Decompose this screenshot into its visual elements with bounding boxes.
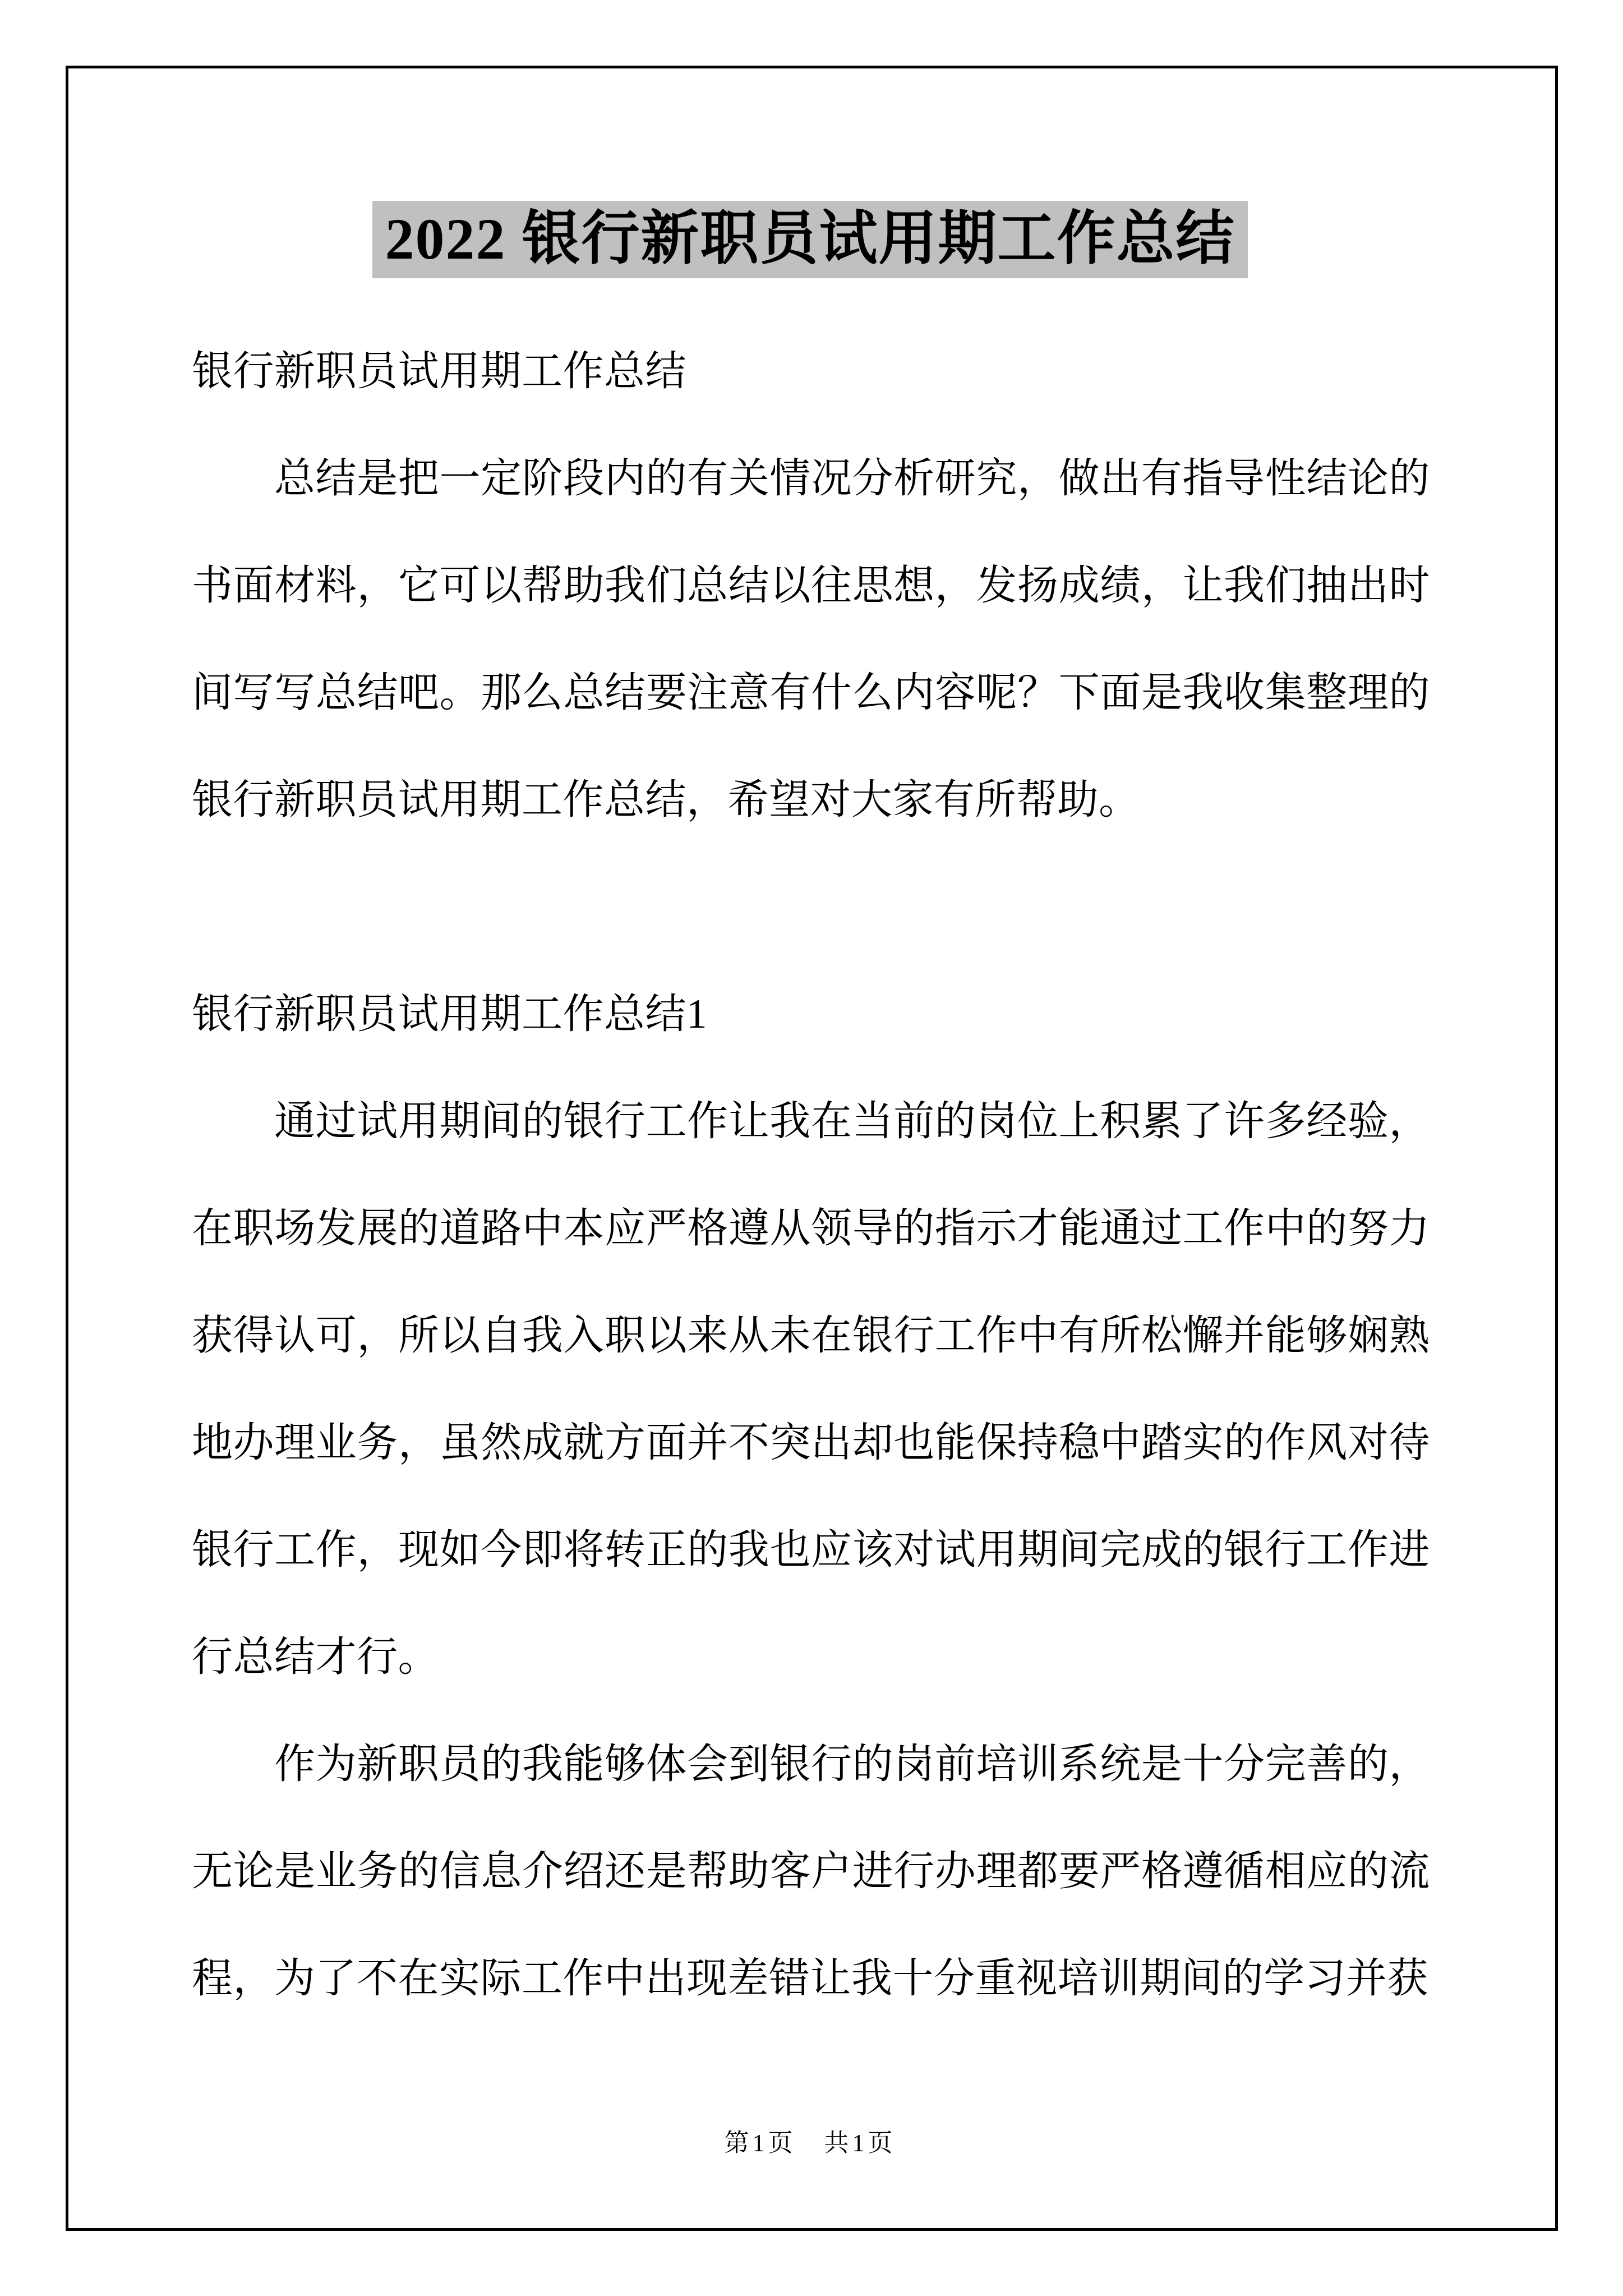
heading-line-2: 银行新职员试用期工作总结1 <box>192 960 1430 1068</box>
blank-line <box>192 853 1430 960</box>
paragraph-intro: 总结是把一定阶段内的有关情况分析研究，做出有指导性结论的书面材料，它可以帮助我们… <box>192 425 1430 853</box>
document-page: 2022 银行新职员试用期工作总结 银行新职员试用期工作总结 总结是把一定阶段内… <box>0 0 1623 2296</box>
document-body: 银行新职员试用期工作总结 总结是把一定阶段内的有关情况分析研究，做出有指导性结论… <box>192 318 1430 2032</box>
page-footer: 第1页 共1页 <box>192 2131 1428 2156</box>
paragraph-body-1: 通过试用期间的银行工作让我在当前的岗位上积累了许多经验，在职场发展的道路中本应严… <box>192 1068 1430 1710</box>
paragraph-body-2: 作为新职员的我能够体会到银行的岗前培训系统是十分完善的，无论是业务的信息介绍还是… <box>192 1710 1430 2032</box>
heading-line-1: 银行新职员试用期工作总结 <box>192 318 1430 425</box>
page-number-label: 第1页 共1页 <box>725 2129 896 2157</box>
document-title: 2022 银行新职员试用期工作总结 <box>372 201 1247 278</box>
title-row: 2022 银行新职员试用期工作总结 <box>192 201 1428 278</box>
